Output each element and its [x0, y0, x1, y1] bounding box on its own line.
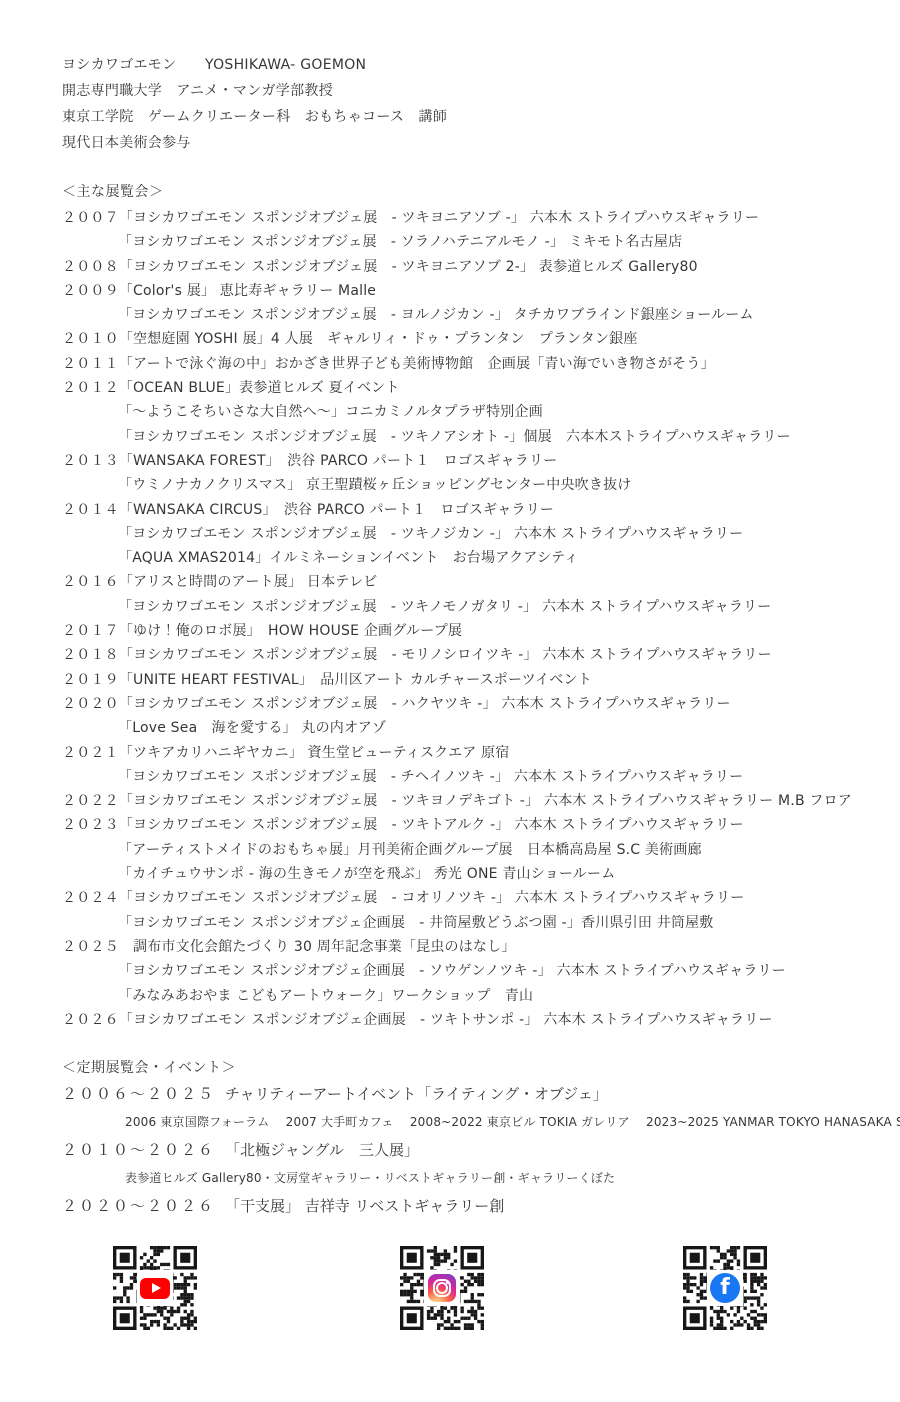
- exhibition-row: ２０２６「ヨシカワゴエモン スポンジオブジェ企画展 - ツキトサンポ -」 六本…: [62, 1008, 900, 1032]
- exhibition-row: 「ヨシカワゴエモン スポンジオブジェ展 - ツキノアシオト -」個展 六本木スト…: [62, 425, 900, 449]
- exhibition-row: 「ウミノナカノクリスマス」 京王聖蹟桜ヶ丘ショッピングセンター中央吹き抜け: [62, 473, 900, 497]
- youtube-icon: [137, 1270, 173, 1306]
- exhibition-row: ２０２０「ヨシカワゴエモン スポンジオブジェ展 - ハクヤツキ -」 六本木 ス…: [62, 692, 900, 716]
- exhibition-row: ２０１４「WANSAKA CIRCUS」 渋谷 PARCO パート１ ロゴスギャ…: [62, 498, 900, 522]
- instagram-icon: [424, 1270, 460, 1306]
- exhibition-row: ２０１０「空想庭園 YOSHI 展」4 人展 ギャルリィ・ドゥ・プランタン プラ…: [62, 327, 900, 351]
- exhibition-row: ２０２４「ヨシカワゴエモン スポンジオブジェ展 - コオリノツキ -」 六本木 …: [62, 886, 900, 910]
- exhibition-row: 「AQUA XMAS2014」イルミネーションイベント お台場アクアシティ: [62, 546, 900, 570]
- periodic-row: ２００６～２０２５チャリティーアートイベント「ライティング・オブジェ」: [62, 1080, 900, 1108]
- periodic-exhibitions-list: ２００６～２０２５チャリティーアートイベント「ライティング・オブジェ」 2006…: [62, 1080, 900, 1220]
- facebook-icon: f: [707, 1270, 743, 1306]
- exhibition-row: ２０１２「OCEAN BLUE」表参道ヒルズ 夏イベント: [62, 376, 900, 400]
- exhibition-row: 「ヨシカワゴエモン スポンジオブジェ企画展 - 井筒屋敷どうぶつ園 -」香川県引…: [62, 911, 900, 935]
- exhibition-row: ２００９「Color's 展」 恵比寿ギャラリー Malle: [62, 279, 900, 303]
- exhibition-row: ２０１８「ヨシカワゴエモン スポンジオブジェ展 - モリノシロイツキ -」 六本…: [62, 643, 900, 667]
- exhibition-row: ２０１９「UNITE HEART FESTIVAL」 品川区アート カルチャース…: [62, 668, 900, 692]
- affiliation-line-2: 東京工学院 ゲームクリエーター科 おもちゃコース 講師: [62, 104, 900, 130]
- periodic-event-name: チャリティーアートイベント「ライティング・オブジェ」: [225, 1085, 608, 1103]
- exhibition-row: ２０１６「アリスと時間のアート展」 日本テレビ: [62, 570, 900, 594]
- periodic-event-name: 「北極ジャングル 三人展」: [225, 1141, 419, 1159]
- exhibition-row: 「ヨシカワゴエモン スポンジオブジェ展 - ヨルノジカン -」 タチカワブライン…: [62, 303, 900, 327]
- exhibition-row: 「ヨシカワゴエモン スポンジオブジェ展 - ソラノハテニアルモノ -」 ミキモト…: [62, 230, 900, 254]
- exhibition-row: ２０１３「WANSAKA FOREST」 渋谷 PARCO パート１ ロゴスギャ…: [62, 449, 900, 473]
- exhibition-row: 「ヨシカワゴエモン スポンジオブジェ展 - ツキノジカン -」 六本木 ストライ…: [62, 522, 900, 546]
- exhibition-row: 「～ようこそちいさな大自然へ～」コニカミノルタプラザ特別企画: [62, 400, 900, 424]
- periodic-year-range: ２０１０～２０２６: [62, 1141, 215, 1159]
- exhibition-row: 「ヨシカワゴエモン スポンジオブジェ展 - チヘイノツキ -」 六本木 ストライ…: [62, 765, 900, 789]
- affiliation-line-1: 開志専門職大学 アニメ・マンガ学部教授: [62, 78, 900, 104]
- main-exhibitions-list: ２００７「ヨシカワゴエモン スポンジオブジェ展 - ツキヨニアソブ -」 六本木…: [62, 206, 900, 1032]
- exhibition-row: ２０２３「ヨシカワゴエモン スポンジオブジェ展 - ツキトアルク -」 六本木 …: [62, 813, 900, 837]
- exhibition-row: ２０２２「ヨシカワゴエモン スポンジオブジェ展 - ツキヨノデキゴト -」 六本…: [62, 789, 900, 813]
- affiliation-line-3: 現代日本美術会参与: [62, 130, 900, 156]
- instagram-qr-code[interactable]: [400, 1246, 484, 1330]
- exhibition-row: ２００７「ヨシカワゴエモン スポンジオブジェ展 - ツキヨニアソブ -」 六本木…: [62, 206, 900, 230]
- periodic-venues: 表参道ヒルズ Gallery80・文房堂ギャラリー・リベストギャラリー創・ギャラ…: [62, 1164, 900, 1192]
- main-exhibitions-title: ＜主な展覧会＞: [62, 180, 900, 204]
- social-qr-strip: f: [62, 1246, 900, 1334]
- exhibition-row: 「みなみあおやま こどもアートウォーク」ワークショップ 青山: [62, 984, 900, 1008]
- artist-name: ヨシカワゴエモン YOSHIKAWA- GOEMON: [62, 52, 900, 78]
- periodic-row: ２０２０～２０２６「干支展」 吉祥寺 リベストギャラリー創: [62, 1192, 900, 1220]
- exhibition-row: 「カイチュウサンポ - 海の生きモノが空を飛ぶ」 秀光 ONE 青山ショールーム: [62, 862, 900, 886]
- youtube-qr-code[interactable]: [113, 1246, 197, 1330]
- facebook-qr-code[interactable]: f: [683, 1246, 767, 1330]
- exhibition-row: ２０２５ 調布市文化会館たづくり 30 周年記念事業「昆虫のはなし」: [62, 935, 900, 959]
- periodic-exhibitions-title: ＜定期展覧会・イベント＞: [62, 1056, 900, 1080]
- exhibition-row: ２０１７「ゆけ！俺のロボ展」 HOW HOUSE 企画グループ展: [62, 619, 900, 643]
- exhibition-row: ２０２１「ツキアカリハニギヤカニ」 資生堂ビューティスクエア 原宿: [62, 741, 900, 765]
- exhibition-row: 「ヨシカワゴエモン スポンジオブジェ企画展 - ソウゲンノツキ -」 六本木 ス…: [62, 959, 900, 983]
- exhibition-row: ２００８「ヨシカワゴエモン スポンジオブジェ展 - ツキヨニアソブ 2-」 表参…: [62, 255, 900, 279]
- exhibition-row: 「ヨシカワゴエモン スポンジオブジェ展 - ツキノモノガタリ -」 六本木 スト…: [62, 595, 900, 619]
- periodic-year-range: ２０２０～２０２６: [62, 1197, 215, 1215]
- periodic-row: ２０１０～２０２６「北極ジャングル 三人展」: [62, 1136, 900, 1164]
- periodic-venues: 2006 東京国際フォーラム 2007 大手町カフェ 2008~2022 東京ビ…: [62, 1108, 900, 1136]
- exhibition-row: 「Love Sea 海を愛する」 丸の内オアゾ: [62, 716, 900, 740]
- cv-document: ヨシカワゴエモン YOSHIKAWA- GOEMON 開志専門職大学 アニメ・マ…: [0, 0, 900, 1334]
- exhibition-row: ２０１１「アートで泳ぐ海の中」おかざき世界子ども美術博物館 企画展「青い海でいき…: [62, 352, 900, 376]
- exhibition-row: 「アーティストメイドのおもちゃ展」月刊美術企画グループ展 日本橋高島屋 S.C …: [62, 838, 900, 862]
- periodic-event-name: 「干支展」 吉祥寺 リベストギャラリー創: [225, 1197, 504, 1215]
- periodic-year-range: ２００６～２０２５: [62, 1085, 215, 1103]
